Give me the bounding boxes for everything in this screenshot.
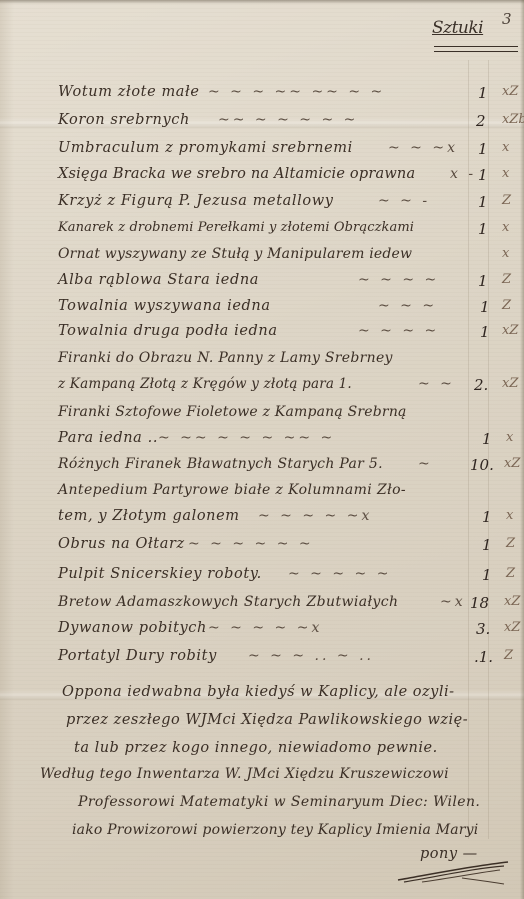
inventory-entry: Ornat wyszywany ze Stułą y Manipularem i… — [58, 246, 524, 270]
entry-leader-dashes: ~x — [440, 594, 466, 610]
entry-leader-dashes: ~ ~ — [418, 376, 455, 392]
entry-description: Towalnia wyszywana iedna — [58, 298, 271, 314]
entry-quantity: 2. — [474, 376, 488, 394]
entry-description: Koron srebrnych — [58, 112, 190, 128]
entry-quantity: 1 — [478, 220, 488, 238]
entry-description: Antepedium Partyrowe białe z Kolumnami Z… — [58, 482, 406, 498]
manuscript-page: Sztuki 3 Wotum złote małe ~ ~ ~ ~~ ~~ ~ … — [0, 0, 524, 899]
inventory-entry: Dywanow pobitych ~ ~ ~ ~ ~x 3. xZ — [58, 620, 524, 644]
entry-check-mark: xZ — [502, 323, 518, 338]
entry-description: z Kampaną Złotą z Kręgów y złotą para 1. — [58, 376, 352, 392]
entry-description: Alba rąblowa Stara iedna — [58, 272, 259, 288]
inventory-entry: Umbraculum z promykami srebrnemi ~ ~ ~x … — [58, 140, 524, 164]
entry-check-mark: xZ — [502, 84, 518, 99]
entry-check-mark: x — [502, 246, 509, 261]
entry-leader-dashes: ~ ~ ~ — [378, 298, 437, 314]
entry-leader-dashes: ~ ~ ~ ~ ~ — [288, 566, 391, 582]
inventory-entry: Alba rąblowa Stara iedna ~ ~ ~ ~ 1 Z — [58, 272, 524, 296]
entry-quantity: 1 — [478, 272, 488, 290]
entry-check-mark: x — [506, 508, 513, 523]
page-number: 3 — [502, 10, 512, 28]
inventory-entry: Towalnia wyszywana iedna ~ ~ ~ 1 Z — [58, 298, 524, 322]
entry-check-mark: xZ — [504, 620, 520, 635]
note-line: ta lub przez kogo innego, niewiadomo pew… — [74, 740, 438, 756]
entry-description: Ornat wyszywany ze Stułą y Manipularem i… — [58, 246, 412, 262]
inventory-entry: z Kampaną Złotą z Kręgów y złotą para 1.… — [58, 376, 524, 400]
entry-quantity: 1 — [482, 430, 492, 448]
entry-quantity: .1. — [474, 648, 493, 666]
entry-quantity: 2 — [476, 112, 486, 130]
note-line: Oppona iedwabna była kiedyś w Kaplicy, a… — [62, 684, 455, 700]
entry-description: Obrus na Ołtarz — [58, 536, 185, 552]
entry-description: Krzyż z Figurą P. Jezusa metallowy — [58, 193, 334, 209]
entry-description: Pulpit Snicerskiey roboty. — [58, 566, 262, 582]
entry-quantity: 1 — [478, 166, 488, 184]
inventory-entry: Obrus na Ołtarz ~ ~ ~ ~ ~ ~ 1 Z — [58, 536, 524, 560]
entry-leader-dashes: ~ ~ ~ ~ ~x — [258, 508, 372, 524]
entry-description: Wotum złote małe — [58, 84, 200, 100]
entry-check-mark: x — [502, 166, 509, 181]
entry-leader-dashes: ~ ~ ~ .. ~ .. — [248, 648, 374, 664]
entry-quantity: 3. — [476, 620, 490, 638]
entry-description: Para iedna .. — [58, 430, 158, 446]
entry-description: Portatyl Dury robity — [58, 648, 217, 664]
entry-check-mark: Z — [502, 193, 511, 208]
entry-description: Różnych Firanek Bławatnych Starych Par 5… — [58, 456, 383, 472]
entry-leader-dashes: ~ ~ ~ ~ ~x — [208, 620, 322, 636]
entry-quantity: 1 — [480, 298, 490, 316]
entry-description: Firanki do Obrazu N. Panny z Lamy Srebrn… — [58, 350, 393, 366]
entry-check-mark: Z — [502, 298, 511, 313]
entry-check-mark: Z — [506, 536, 515, 551]
entry-description: Towalnia druga podła iedna — [58, 323, 278, 339]
entry-quantity: 18 — [470, 594, 489, 612]
header-double-rule — [434, 46, 518, 52]
entry-check-mark: Z — [504, 648, 513, 663]
inventory-entry: Firanki Sztofowe Fioletowe z Kampaną Sre… — [58, 404, 524, 428]
entry-leader-dashes: ~ ~ ~ ~ — [358, 323, 439, 339]
signature-flourish — [392, 858, 512, 886]
entry-leader-dashes: ~ ~ ~x — [388, 140, 458, 156]
header-title: Sztuki — [432, 18, 483, 38]
entry-check-mark: xZ — [504, 456, 520, 471]
page-header: Sztuki 3 — [432, 6, 522, 50]
inventory-entry: Pulpit Snicerskiey roboty. ~ ~ ~ ~ ~ 1 Z — [58, 566, 524, 590]
entry-description: Bretow Adamaszkowych Starych Zbutwiałych — [58, 594, 398, 610]
entry-quantity: 10. — [470, 456, 494, 474]
entry-leader-dashes: ~~ ~ ~ ~ ~ ~ — [218, 112, 358, 128]
inventory-entry: Bretow Adamaszkowych Starych Zbutwiałych… — [58, 594, 524, 618]
entry-quantity: 1 — [482, 508, 492, 526]
note-line: przez zeszłego WJMci Xiędza Pawlikowskie… — [66, 712, 468, 728]
closing-line: Professorowi Matematyki w Seminaryum Die… — [78, 794, 480, 810]
inventory-entry: Xsięga Bracka we srebro na Altamicie opr… — [58, 166, 524, 190]
entry-quantity: 1 — [482, 536, 492, 554]
inventory-entry: Różnych Firanek Bławatnych Starych Par 5… — [58, 456, 524, 480]
entry-quantity: 1 — [480, 323, 490, 341]
closing-line: Według tego Inwentarza W. JMci Xiędzu Kr… — [40, 766, 449, 782]
entry-check-mark: x — [502, 220, 509, 235]
entry-quantity: 1 — [478, 193, 488, 211]
entry-description: Kanarek z drobnemi Perełkami y złotemi O… — [58, 220, 414, 235]
entry-description: Xsięga Bracka we srebro na Altamicie opr… — [58, 166, 415, 182]
entry-check-mark: Z — [506, 566, 515, 581]
inventory-entry: tem, y Złotym galonem ~ ~ ~ ~ ~x 1 x — [58, 508, 524, 532]
entry-description: Dywanow pobitych — [58, 620, 207, 636]
entry-leader-dashes: ~ ~ ~ ~ ~ ~ — [188, 536, 314, 552]
entry-check-mark: xZ — [504, 594, 520, 609]
entry-check-mark: xZb — [502, 112, 524, 127]
inventory-entry: Antepedium Partyrowe białe z Kolumnami Z… — [58, 482, 524, 506]
closing-line: iako Prowizorowi powierzony tey Kaplicy … — [72, 822, 478, 838]
inventory-entry: Krzyż z Figurą P. Jezusa metallowy ~ ~ -… — [58, 193, 524, 217]
inventory-entry: Portatyl Dury robity ~ ~ ~ .. ~ .. .1. Z — [58, 648, 524, 672]
entry-leader-dashes: ~ ~ ~ ~ — [358, 272, 439, 288]
entry-quantity: 1 — [478, 140, 488, 158]
entry-quantity: 1 — [478, 84, 488, 102]
entry-leader-dashes: ~ ~~ ~ ~ ~ ~~ ~ — [158, 430, 335, 446]
entry-leader-dashes: ~ ~ ~ ~~ ~~ ~ ~ — [208, 84, 385, 100]
inventory-entry: Para iedna .. ~ ~~ ~ ~ ~ ~~ ~ 1 x — [58, 430, 524, 454]
inventory-entry: Kanarek z drobnemi Perełkami y złotemi O… — [58, 220, 524, 244]
entry-check-mark: xZ — [502, 376, 518, 391]
entry-leader-dashes: ~ ~ - — [378, 193, 430, 209]
entry-description: Firanki Sztofowe Fioletowe z Kampaną Sre… — [58, 404, 407, 420]
entry-description: tem, y Złotym galonem — [58, 508, 240, 524]
entry-description: Umbraculum z promykami srebrnemi — [58, 140, 353, 156]
inventory-entry: Wotum złote małe ~ ~ ~ ~~ ~~ ~ ~ 1 xZ — [58, 84, 524, 108]
entry-quantity: 1 — [482, 566, 492, 584]
entry-leader-dashes: ~ — [418, 456, 433, 472]
entry-check-mark: x — [502, 140, 509, 155]
entry-check-mark: Z — [502, 272, 511, 287]
signature-icon — [392, 858, 512, 886]
entry-check-mark: x — [506, 430, 513, 445]
inventory-entry: Towalnia druga podła iedna ~ ~ ~ ~ 1 xZ — [58, 323, 524, 347]
inventory-entry: Koron srebrnych ~~ ~ ~ ~ ~ ~ 2 xZb — [58, 112, 524, 136]
entry-leader-dashes: x - — [450, 166, 476, 182]
inventory-entry: Firanki do Obrazu N. Panny z Lamy Srebrn… — [58, 350, 524, 374]
